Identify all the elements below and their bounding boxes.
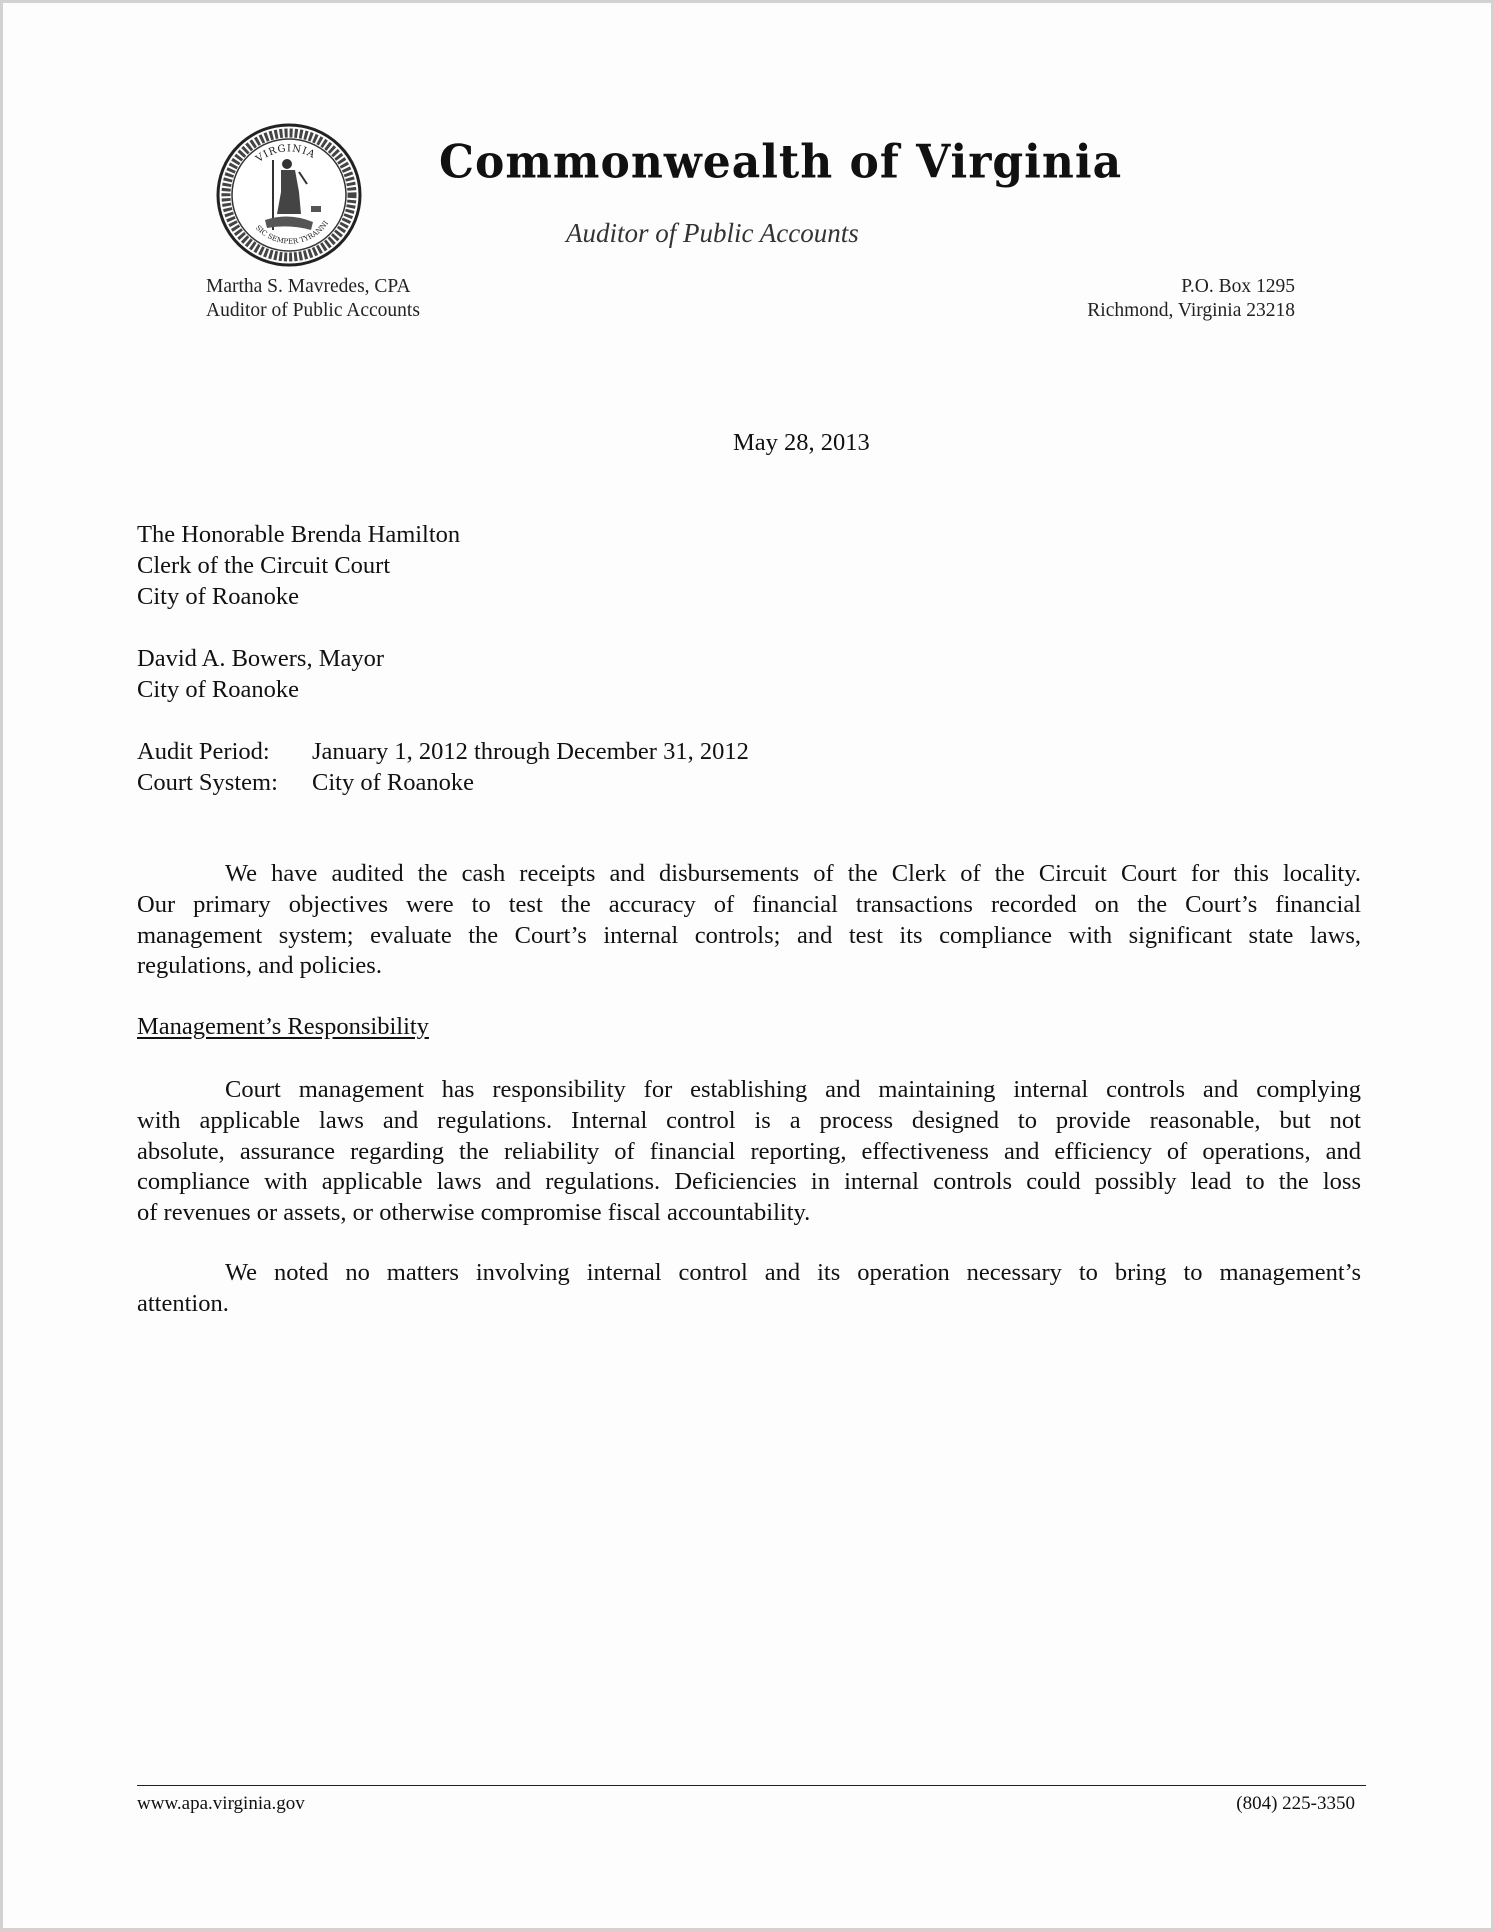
virginia-seal-icon: VIRGINIA SIC SEMPER TYRANNIS (215, 122, 363, 268)
paragraph-line: regulations, and policies. (137, 951, 1361, 982)
paragraph-management-responsibility: Court management has responsibility for … (137, 1075, 1361, 1229)
auditor-name: Martha S. Mavredes, CPA (206, 275, 420, 299)
court-system-value: City of Roanoke (312, 769, 474, 796)
addressee-line: The Honorable Brenda Hamilton (137, 519, 460, 550)
paragraph-line: Court management has responsibility for … (137, 1075, 1361, 1106)
court-system-row: Court System:City of Roanoke (137, 767, 749, 798)
paragraph-conclusion: We noted no matters involving internal c… (137, 1258, 1361, 1320)
office-address: P.O. Box 1295 Richmond, Virginia 23218 (1087, 275, 1295, 323)
footer-website: www.apa.virginia.gov (137, 1793, 305, 1815)
audit-details: Audit Period:January 1, 2012 through Dec… (137, 736, 749, 798)
auditor-title: Auditor of Public Accounts (206, 299, 420, 323)
paragraph-audit-objectives: We have audited the cash receipts and di… (137, 859, 1361, 982)
footer-divider (137, 1785, 1366, 1786)
audit-period-row: Audit Period:January 1, 2012 through Dec… (137, 736, 749, 767)
po-box: P.O. Box 1295 (1087, 275, 1295, 299)
addressee-line: City of Roanoke (137, 581, 460, 612)
paragraph-line: attention. (137, 1289, 1361, 1320)
auditor-info: Martha S. Mavredes, CPA Auditor of Publi… (206, 275, 420, 323)
addressee-clerk: The Honorable Brenda Hamilton Clerk of t… (137, 519, 460, 612)
letterhead-title: Commonwealth of Virginia (439, 136, 1059, 190)
section-heading: Management’s Responsibility (137, 1013, 429, 1041)
footer-phone: (804) 225-3350 (1236, 1793, 1355, 1815)
letter-date: May 28, 2013 (733, 427, 870, 458)
addressee-mayor: David A. Bowers, Mayor City of Roanoke (137, 643, 384, 705)
addressee-line: Clerk of the Circuit Court (137, 550, 460, 581)
paragraph-line: with applicable laws and regulations. In… (137, 1106, 1361, 1137)
paragraph-line: compliance with applicable laws and regu… (137, 1167, 1361, 1198)
paragraph-line: of revenues or assets, or otherwise comp… (137, 1198, 1361, 1229)
addressee-line: City of Roanoke (137, 674, 384, 705)
city-state-zip: Richmond, Virginia 23218 (1087, 299, 1295, 323)
audit-period-value: January 1, 2012 through December 31, 201… (312, 738, 749, 765)
paragraph-line: Our primary objectives were to test the … (137, 890, 1361, 921)
letterhead-subtitle: Auditor of Public Accounts (566, 218, 859, 249)
addressee-line: David A. Bowers, Mayor (137, 643, 384, 674)
letter-page: VIRGINIA SIC SEMPER TYRANNIS Commonwealt… (0, 0, 1494, 1931)
paragraph-line: We have audited the cash receipts and di… (137, 859, 1361, 890)
audit-period-label: Audit Period: (137, 736, 312, 767)
paragraph-line: absolute, assurance regarding the reliab… (137, 1137, 1361, 1168)
paragraph-line: We noted no matters involving internal c… (137, 1258, 1361, 1289)
court-system-label: Court System: (137, 767, 312, 798)
paragraph-line: management system; evaluate the Court’s … (137, 921, 1361, 952)
